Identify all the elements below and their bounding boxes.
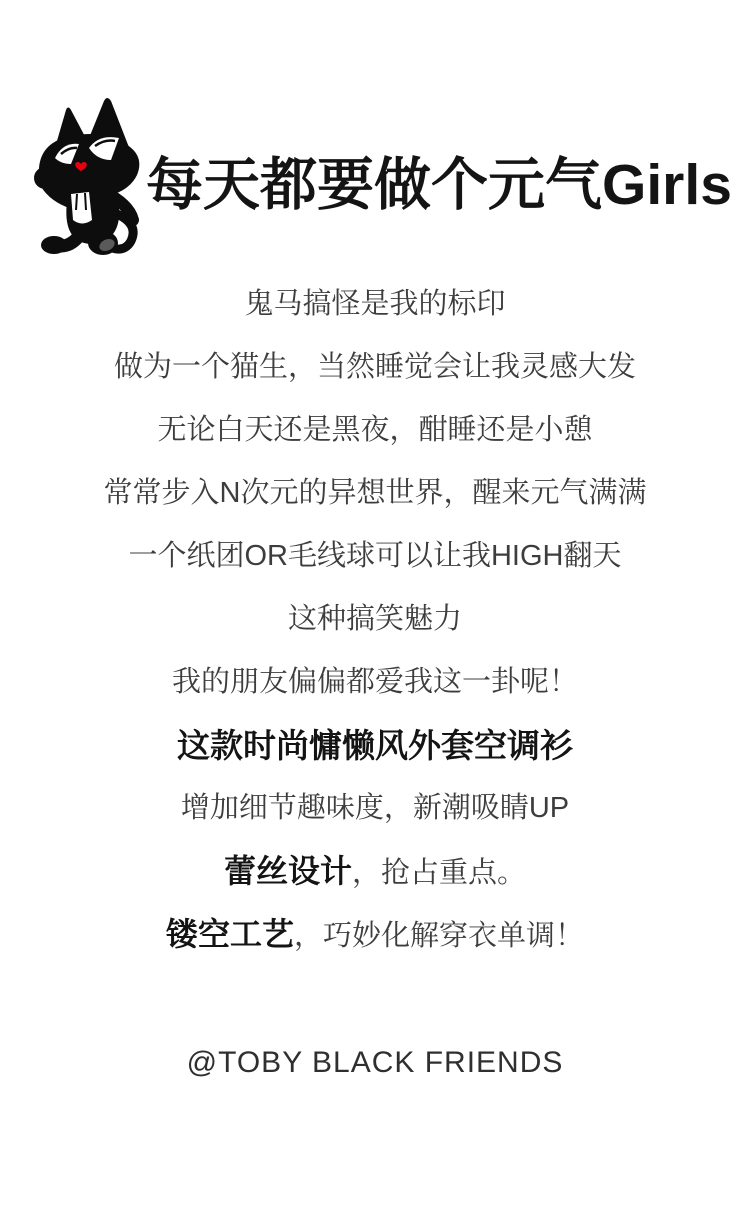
product-highlight-line: 这款时尚慵懒风外套空调衫 bbox=[0, 714, 750, 777]
copy-line-3: 无论白天还是黑夜，酣睡还是小憩 bbox=[0, 399, 750, 462]
footer: @TOBY BLACK FRIENDS bbox=[0, 1040, 750, 1085]
copy-line-6: 这种搞笑魅力 bbox=[0, 588, 750, 651]
cat-bib bbox=[71, 192, 92, 224]
tmall-cat-icon bbox=[33, 98, 147, 256]
feature-line-hollow: 镂空工艺，巧妙化解穿衣单调！ bbox=[0, 903, 750, 966]
brand-credit: @TOBY BLACK FRIENDS bbox=[0, 1040, 750, 1085]
feature-keyword-hollow: 镂空工艺 bbox=[166, 916, 294, 952]
header: 每天都要做个元气Girls bbox=[0, 0, 750, 270]
feature-text-lace: ，抢占重点。 bbox=[352, 857, 526, 889]
intro-copy: 鬼马搞怪是我的标印 做为一个猫生，当然睡觉会让我灵感大发 无论白天还是黑夜，酣睡… bbox=[0, 273, 750, 966]
feature-text-hollow: ，巧妙化解穿衣单调！ bbox=[294, 920, 584, 952]
feature-keyword-lace: 蕾丝设计 bbox=[224, 853, 352, 889]
copy-line-7: 我的朋友偏偏都爱我这一卦呢！ bbox=[0, 651, 750, 714]
copy-line-2: 做为一个猫生，当然睡觉会让我灵感大发 bbox=[0, 336, 750, 399]
cat-left-foot bbox=[41, 236, 67, 254]
page-title: 每天都要做个元气Girls bbox=[146, 150, 746, 220]
copy-line-5: 一个纸团OR毛线球可以让我HIGH翻天 bbox=[0, 525, 750, 588]
copy-line-4: 常常步入N次元的异想世界，醒来元气满满 bbox=[0, 462, 750, 525]
copy-line-1: 鬼马搞怪是我的标印 bbox=[0, 273, 750, 336]
product-description-page: 每天都要做个元气Girls 鬼马搞怪是我的标印 做为一个猫生，当然睡觉会让我灵感… bbox=[0, 0, 750, 1211]
cat-paw bbox=[34, 167, 56, 189]
feature-line-lace: 蕾丝设计，抢占重点。 bbox=[0, 840, 750, 903]
copy-line-9: 增加细节趣味度，新潮吸睛UP bbox=[0, 777, 750, 840]
